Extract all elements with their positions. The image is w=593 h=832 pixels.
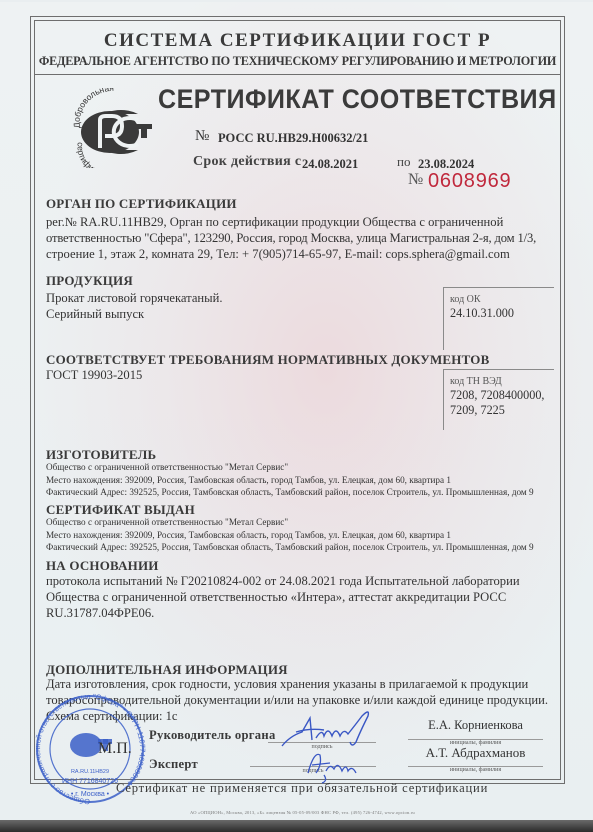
text-line: Серийный выпуск — [46, 306, 223, 322]
conformity-standards: ГОСТ 19903-2015 — [46, 367, 142, 383]
tnved-code-box: код ТН ВЭД 7208, 7208400000, 7209, 7225 — [443, 369, 554, 430]
basis-heading: НА ОСНОВАНИИ — [46, 558, 159, 574]
agency-name: ФЕДЕРАЛЬНОЕ АГЕНТСТВО ПО ТЕХНИЧЕСКОМУ РЕ… — [34, 54, 561, 69]
product-description: Прокат листовой горячекатаный. Серийный … — [46, 290, 223, 322]
text-line: Общество с ограниченной ответственностью… — [46, 461, 561, 474]
product-heading: ПРОДУКЦИЯ — [46, 273, 133, 289]
text-line: ответственностью "Сфера", 123290, Россия… — [46, 230, 561, 246]
conformity-heading: СООТВЕТСТВУЕТ ТРЕБОВАНИЯМ НОРМАТИВНЫХ ДО… — [46, 352, 489, 368]
text-line: Общества с ограниченной ответственностью… — [46, 589, 561, 605]
expert-label: Эксперт — [149, 757, 198, 772]
text-line: Дата изготовления, срок годности, услови… — [46, 676, 561, 692]
expert-name-caption: инициалы, фамилия — [408, 767, 543, 773]
text-line: ГОСТ 19903-2015 — [46, 367, 142, 383]
tnved-code-value: 7208, 7208400000, 7209, 7225 — [450, 388, 554, 418]
text-line: Общество с ограниченной ответственностью… — [46, 516, 561, 529]
valid-to-label: по — [397, 154, 410, 170]
header-divider — [34, 74, 561, 75]
text-line: Место нахождения: 392009, Россия, Тамбов… — [46, 529, 561, 542]
footer-note: Сертификат не применяется при обязательн… — [116, 781, 488, 796]
issued-to-details: Общество с ограниченной ответственностью… — [46, 516, 561, 554]
text-line: 7208, 7208400000, — [450, 388, 554, 403]
expert-name: А.Т. Абдрахманов — [408, 745, 543, 761]
head-of-body-label: Руководитель органа — [149, 728, 276, 743]
scan-bottom-edge — [0, 820, 593, 832]
okpd-code-label: код ОК — [450, 294, 554, 305]
head-of-body-name: Е.А. Корниенкова — [408, 718, 543, 733]
stamp-inn-text: ИНН 7716840726 — [62, 778, 118, 785]
text-line: строение 1, этаж 2, комната 29, Тел: + 7… — [46, 246, 561, 262]
blank-number-label: № — [408, 171, 423, 189]
text-line: 7209, 7225 — [450, 403, 554, 418]
okpd-code-box: код ОК 24.10.31.000 — [443, 287, 554, 350]
stamp-inner-text: RA.RU.11НВ29 — [71, 769, 109, 775]
certificate-number: РОСС RU.НВ29.Н00632/21 — [218, 131, 368, 146]
certification-body-heading: ОРГАН ПО СЕРТИФИКАЦИИ — [46, 196, 237, 212]
valid-from-date: 24.08.2021 — [302, 157, 358, 172]
basis-details: протокола испытаний № Г20210824-002 от 2… — [46, 573, 561, 621]
system-title: СИСТЕМА СЕРТИФИКАЦИИ ГОСТ Р — [34, 30, 561, 52]
stamp-place-mark: М.П. — [98, 740, 132, 758]
validity-label: Срок действия с — [193, 154, 301, 170]
certificate-number-label: № — [195, 128, 209, 145]
printer-imprint: АО «ОПЦИОН», Москва, 2013, «Б» лицензия … — [190, 810, 415, 815]
okpd-code-value: 24.10.31.000 — [450, 306, 554, 321]
rst-logo-icon: Добровольная сертификация — [66, 88, 158, 168]
certification-body-details: рег.№ RA.RU.11НВ29, Орган по сертификаци… — [46, 214, 561, 262]
manufacturer-details: Общество с ограниченной ответственностью… — [46, 461, 561, 499]
text-line: рег.№ RA.RU.11НВ29, Орган по сертификаци… — [46, 214, 561, 230]
blank-serial-number: 0608969 — [428, 170, 511, 193]
tnved-code-label: код ТН ВЭД — [450, 376, 554, 387]
text-line: Фактический Адрес: 392525, Россия, Тамбо… — [46, 541, 561, 554]
text-line: Место нахождения: 392009, Россия, Тамбов… — [46, 474, 561, 487]
text-line: Фактический Адрес: 392525, Россия, Тамбо… — [46, 486, 561, 499]
document-title: СЕРТИФИКАТ СООТВЕТСТВИЯ — [158, 84, 557, 115]
stamp-city-text: • г. Москва • — [71, 791, 110, 798]
text-line: протокола испытаний № Г20210824-002 от 2… — [46, 573, 561, 589]
text-line: Прокат листовой горячекатаный. — [46, 290, 223, 306]
text-line: RU.31787.04ФРЕ06. — [46, 605, 561, 621]
